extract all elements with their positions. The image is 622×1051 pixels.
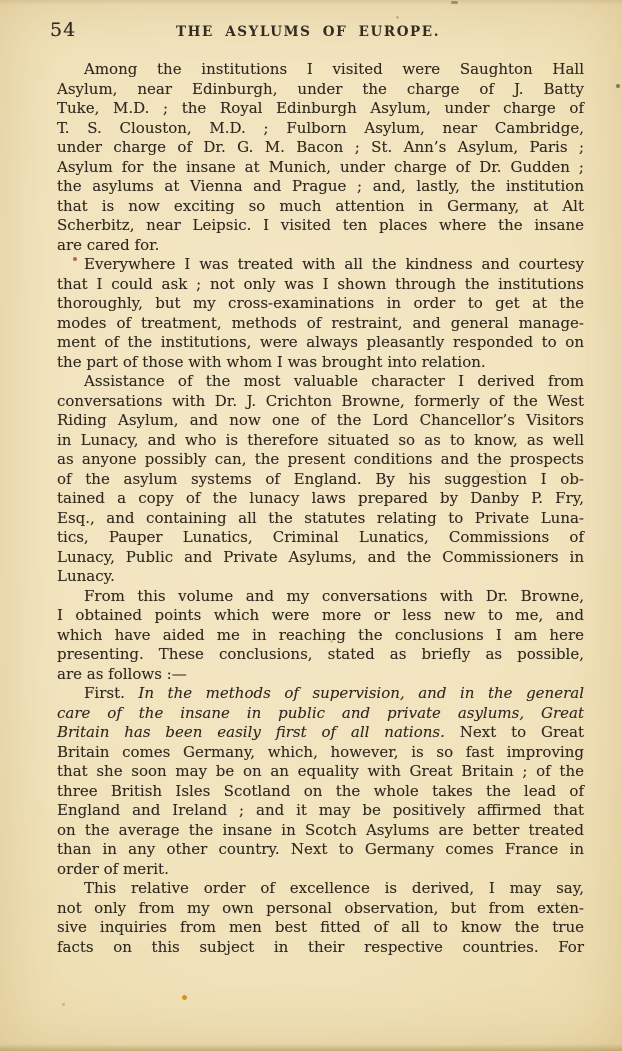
text-segment: sive inquiries from men best fitted of a… xyxy=(57,918,584,936)
text-segment: Lunacy, Public and Private Asylums, and … xyxy=(57,548,584,566)
paragraph: Everywhere I was treated with all the ki… xyxy=(57,255,584,372)
text-line: that is now exciting so much attention i… xyxy=(57,197,584,217)
text-segment-italic: Britain has been easily first of all nat… xyxy=(57,723,445,741)
text-segment: that she soon may be on an equality with… xyxy=(57,762,584,780)
paragraph: Among the institutions I visited were Sa… xyxy=(57,60,584,255)
text-segment: than in any other country. Next to Germa… xyxy=(57,840,584,858)
text-segment: tics, Pauper Lunatics, Criminal Lunatics… xyxy=(57,528,584,546)
paper-speck xyxy=(616,84,620,88)
text-line: not only from my own personal observatio… xyxy=(57,899,584,919)
text-line: in Lunacy, and who is therefore situated… xyxy=(57,431,584,451)
text-line: care of the insane in public and private… xyxy=(57,704,584,724)
text-line: that she soon may be on an equality with… xyxy=(57,762,584,782)
text-line: are cared for. xyxy=(57,236,584,256)
text-line: Lunacy. xyxy=(57,567,584,587)
text-line: Esq., and containing all the statutes re… xyxy=(57,509,584,529)
text-line: ment of the institutions, were always pl… xyxy=(57,333,584,353)
text-segment: Among the institutions I visited were Sa… xyxy=(84,60,584,78)
text-line: Everywhere I was treated with all the ki… xyxy=(57,255,584,275)
text-line: order of merit. xyxy=(57,860,584,880)
text-line: Tuke, M.D. ; the Royal Edinburgh Asylum,… xyxy=(57,99,584,119)
text-line: tics, Pauper Lunatics, Criminal Lunatics… xyxy=(57,528,584,548)
text-line: the part of those with whom I was brough… xyxy=(57,353,584,373)
text-line: T. S. Clouston, M.D. ; Fulborn Asylum, n… xyxy=(57,119,584,139)
text-segment: ment of the institutions, were always pl… xyxy=(57,333,584,351)
paper-speck xyxy=(182,995,187,1000)
text-line: This relative order of excellence is der… xyxy=(57,879,584,899)
text-line: Lunacy, Public and Private Asylums, and … xyxy=(57,548,584,568)
paper-speck xyxy=(451,1,458,4)
text-segment: England and Ireland ; and it may be posi… xyxy=(57,801,584,819)
text-segment: are as follows :— xyxy=(57,665,187,683)
text-line: I obtained points which were more or les… xyxy=(57,606,584,626)
text-line: sive inquiries from men best fitted of a… xyxy=(57,918,584,938)
text-line: modes of treatment, methods of restraint… xyxy=(57,314,584,334)
text-segment: From this volume and my conversations wi… xyxy=(84,587,584,605)
text-line: of the asylum systems of England. By his… xyxy=(57,470,584,490)
text-segment: Scherbitz, near Leipsic. I visited ten p… xyxy=(57,216,584,234)
text-segment: I obtained points which were more or les… xyxy=(57,606,584,624)
text-line: than in any other country. Next to Germa… xyxy=(57,840,584,860)
text-segment: that I could ask ; not only was I shown … xyxy=(57,275,584,293)
text-segment: Esq., and containing all the statutes re… xyxy=(57,509,584,527)
text-segment: not only from my own personal observatio… xyxy=(57,899,584,917)
text-segment: the part of those with whom I was brough… xyxy=(57,353,486,371)
paper-speck xyxy=(62,1003,65,1006)
text-segment-italic: care of the insane in public and private… xyxy=(57,704,584,722)
text-line: as anyone possibly can, the present cond… xyxy=(57,450,584,470)
text-line: Britain comes Germany, which, however, i… xyxy=(57,743,584,763)
text-segment: under charge of Dr. G. M. Bacon ; St. An… xyxy=(57,138,584,156)
paragraph: First. In the methods of supervision, an… xyxy=(57,684,584,879)
text-line: facts on this subject in their respectiv… xyxy=(57,938,584,958)
text-segment: presenting. These conclusions, stated as… xyxy=(57,645,584,663)
text-line: From this volume and my conversations wi… xyxy=(57,587,584,607)
text-line: presenting. These conclusions, stated as… xyxy=(57,645,584,665)
text-segment: Lunacy. xyxy=(57,567,115,585)
text-segment: Everywhere I was treated with all the ki… xyxy=(84,255,584,273)
text-line: the asylums at Vienna and Prague ; and, … xyxy=(57,177,584,197)
text-segment: Asylum for the insane at Munich, under c… xyxy=(57,158,584,176)
text-line: Britain has been easily first of all nat… xyxy=(57,723,584,743)
running-title: THE ASYLUMS OF EUROPE. xyxy=(43,24,573,40)
text-segment-italic: In the methods of supervision, and in th… xyxy=(138,684,584,702)
text-line: England and Ireland ; and it may be posi… xyxy=(57,801,584,821)
text-line: are as follows :— xyxy=(57,665,584,685)
text-segment: three British Isles Scotland on the whol… xyxy=(57,782,584,800)
text-line: under charge of Dr. G. M. Bacon ; St. An… xyxy=(57,138,584,158)
text-segment: that is now exciting so much attention i… xyxy=(57,197,584,215)
text-segment: This relative order of excellence is der… xyxy=(84,879,584,897)
text-segment: Britain comes Germany, which, however, i… xyxy=(57,743,584,761)
text-line: which have aided me in reaching the conc… xyxy=(57,626,584,646)
text-line: Assistance of the most valuable characte… xyxy=(57,372,584,392)
text-segment: in Lunacy, and who is therefore situated… xyxy=(57,431,584,449)
text-segment: the asylums at Vienna and Prague ; and, … xyxy=(57,177,584,195)
text-line: Asylum, near Edinburgh, under the charge… xyxy=(57,80,584,100)
text-segment: conversations with Dr. J. Crichton Brown… xyxy=(57,392,584,410)
paragraph: This relative order of excellence is der… xyxy=(57,879,584,957)
text-segment: modes of treatment, methods of restraint… xyxy=(57,314,584,332)
text-segment: T. S. Clouston, M.D. ; Fulborn Asylum, n… xyxy=(57,119,584,137)
text-line: thoroughly, but my cross-examinations in… xyxy=(57,294,584,314)
paper-speck xyxy=(396,16,399,19)
text-segment: of the asylum systems of England. By his… xyxy=(57,470,584,488)
text-segment: thoroughly, but my cross-examinations in… xyxy=(57,294,584,312)
text-segment: on the average the insane in Scotch Asyl… xyxy=(57,821,584,839)
text-segment: Riding Asylum, and now one of the Lord C… xyxy=(57,411,584,429)
page-body: Among the institutions I visited were Sa… xyxy=(57,60,584,957)
text-segment: tained a copy of the lunacy laws prepare… xyxy=(57,489,584,507)
text-segment: order of merit. xyxy=(57,860,169,878)
text-line: tained a copy of the lunacy laws prepare… xyxy=(57,489,584,509)
text-segment: Next to Great xyxy=(445,723,584,741)
text-segment: First. xyxy=(84,684,138,702)
book-page: 54 THE ASYLUMS OF EUROPE. Among the inst… xyxy=(0,0,622,1051)
text-line: Riding Asylum, and now one of the Lord C… xyxy=(57,411,584,431)
text-segment: facts on this subject in their respectiv… xyxy=(57,938,584,956)
text-line: First. In the methods of supervision, an… xyxy=(57,684,584,704)
text-segment: Tuke, M.D. ; the Royal Edinburgh Asylum,… xyxy=(57,99,584,117)
paragraph: Assistance of the most valuable characte… xyxy=(57,372,584,587)
text-line: Among the institutions I visited were Sa… xyxy=(57,60,584,80)
text-line: three British Isles Scotland on the whol… xyxy=(57,782,584,802)
text-segment: Asylum, near Edinburgh, under the charge… xyxy=(57,80,584,98)
text-line: Asylum for the insane at Munich, under c… xyxy=(57,158,584,178)
text-line: that I could ask ; not only was I shown … xyxy=(57,275,584,295)
text-segment: Assistance of the most valuable characte… xyxy=(84,372,584,390)
text-segment: which have aided me in reaching the conc… xyxy=(57,626,584,644)
text-line: on the average the insane in Scotch Asyl… xyxy=(57,821,584,841)
paragraph: From this volume and my conversations wi… xyxy=(57,587,584,685)
text-segment: as anyone possibly can, the present cond… xyxy=(57,450,584,468)
text-line: Scherbitz, near Leipsic. I visited ten p… xyxy=(57,216,584,236)
text-segment: are cared for. xyxy=(57,236,159,254)
text-line: conversations with Dr. J. Crichton Brown… xyxy=(57,392,584,412)
